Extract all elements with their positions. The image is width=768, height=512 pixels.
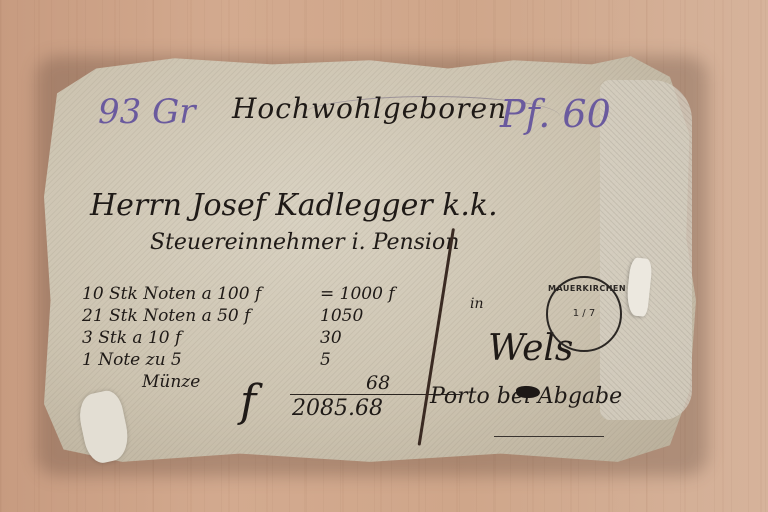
currency-sign: f (240, 376, 256, 427)
addressee-name: Herrn Josef Kadlegger k.k. (90, 188, 498, 223)
envelope-right-flap (600, 80, 692, 420)
postmark-stamp: MAUERKIRCHEN 1 / 7 (546, 276, 622, 352)
salutation: Hochwohlgeboren (232, 92, 507, 125)
ink-blot (516, 386, 540, 398)
ledger-desc: 1 Note zu 5 (82, 350, 182, 370)
violet-annotation-left: 93 Gr (98, 92, 195, 132)
ledger-desc: Münze (142, 372, 200, 392)
underline (494, 436, 604, 437)
ledger-amount: 5 (320, 350, 331, 370)
ledger-row: 10 Stk Noten a 100 f = 1000 f (82, 284, 412, 306)
violet-annotation-right: Pf. 60 (500, 92, 611, 136)
ledger-amount: = 1000 f (320, 284, 395, 304)
ledger-row: 21 Stk Noten a 50 f 1050 (82, 306, 412, 328)
postmark-date: 1 / 7 (548, 308, 620, 319)
ledger-desc: 10 Stk Noten a 100 f (82, 284, 261, 304)
ledger-amount: 30 (320, 328, 342, 348)
ledger-row: 3 Stk a 10 f 30 (82, 328, 412, 350)
postmark-town: MAUERKIRCHEN (548, 284, 620, 293)
ledger-amount: 1050 (320, 306, 363, 326)
ledger-row: 1 Note zu 5 5 (82, 350, 412, 372)
destination-prefix: in (470, 296, 484, 312)
ledger-desc: 3 Stk a 10 f (82, 328, 181, 348)
addressee-title: Steuereinnehmer i. Pension (150, 230, 459, 255)
ledger-desc: 21 Stk Noten a 50 f (82, 306, 250, 326)
ledger-total: 2085.68 (292, 396, 383, 421)
ledger-subtotal: 68 (366, 372, 390, 394)
